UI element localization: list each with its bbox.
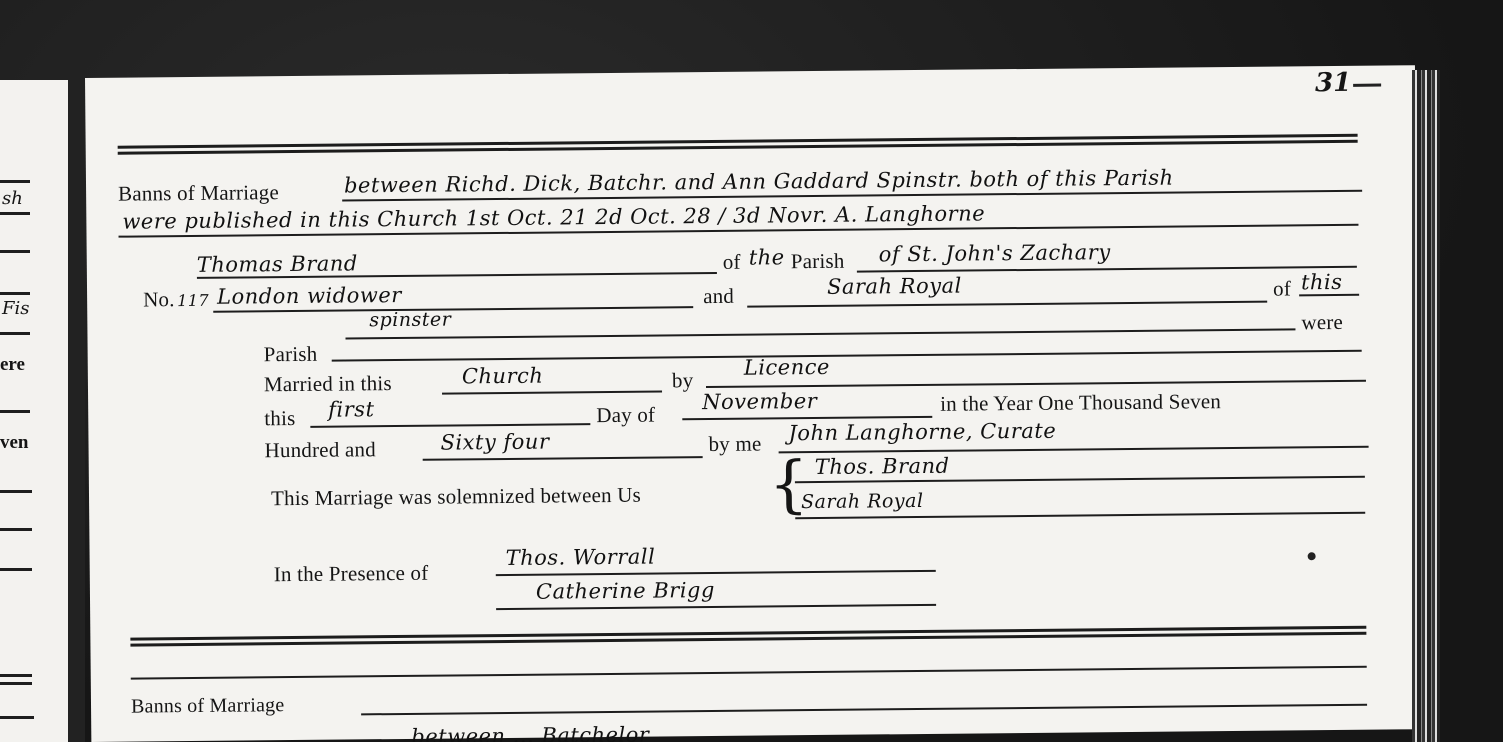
entry-rule bbox=[131, 666, 1367, 680]
officiant: John Langhorne, Curate bbox=[788, 419, 1056, 446]
by-me-label: by me bbox=[708, 432, 761, 458]
book-gutter bbox=[68, 80, 85, 742]
year-value: Sixty four bbox=[440, 430, 549, 455]
groom-parish-line bbox=[857, 266, 1357, 273]
witness-2-line bbox=[496, 604, 936, 610]
by-value: Licence bbox=[744, 355, 830, 380]
left-page-printed: ere bbox=[0, 354, 25, 376]
page-number: 31 bbox=[1315, 68, 1351, 98]
day-value: first bbox=[328, 397, 374, 421]
bride-of-line bbox=[1299, 294, 1359, 297]
bride-status-line bbox=[346, 328, 1296, 339]
witness-1-line bbox=[496, 570, 936, 576]
of-label-2: of bbox=[1273, 276, 1291, 301]
left-page-rule bbox=[0, 528, 32, 531]
parish-label: Parish bbox=[791, 249, 845, 275]
left-page-rule bbox=[0, 292, 30, 295]
solemnized-label: This Marriage was solemnized between Us bbox=[271, 483, 641, 512]
by-label: by bbox=[672, 368, 694, 393]
bride-of: this bbox=[1301, 270, 1343, 294]
bride-status: spinster bbox=[369, 308, 451, 331]
year-prefix-label: in the Year One Thousand Seven bbox=[940, 389, 1221, 417]
parish-label-2: Parish bbox=[264, 342, 318, 368]
bride-name-line bbox=[747, 301, 1267, 308]
by-line bbox=[706, 380, 1366, 388]
signature-bride: Sarah Royal bbox=[801, 490, 924, 513]
banns-label-2: Banns of Marriage bbox=[131, 694, 285, 718]
left-page-rule bbox=[0, 332, 30, 335]
married-in-value: Church bbox=[462, 364, 544, 389]
married-in-line bbox=[442, 390, 662, 394]
left-page-rule bbox=[0, 568, 32, 571]
left-page-rule bbox=[0, 682, 32, 685]
entry-separator-rule bbox=[118, 134, 1358, 155]
left-page-rule bbox=[0, 180, 30, 183]
groom-residence: London widower bbox=[217, 283, 402, 309]
witness-1: Thos. Worrall bbox=[506, 545, 656, 570]
register-page: 31 Banns of Marriage between Richd. Dick… bbox=[85, 65, 1421, 742]
banns-line-entry2 bbox=[361, 704, 1367, 716]
left-page-rule bbox=[0, 212, 30, 215]
were-label: were bbox=[1301, 310, 1343, 335]
parish-line bbox=[332, 350, 1362, 362]
entry-separator-rule bbox=[130, 626, 1366, 647]
left-page-rule bbox=[0, 674, 32, 677]
of-label: of bbox=[723, 250, 741, 275]
presence-label: In the Presence of bbox=[274, 561, 429, 587]
day-of-label: Day of bbox=[596, 403, 655, 429]
left-page-rule bbox=[0, 410, 30, 413]
year-line bbox=[423, 456, 703, 461]
and-label: and bbox=[703, 284, 734, 309]
left-page-rule bbox=[0, 716, 34, 719]
left-page-rule bbox=[0, 490, 32, 493]
this-label: this bbox=[264, 406, 295, 431]
left-page-handwriting: sh bbox=[2, 188, 23, 209]
entry-number: 117 bbox=[177, 291, 209, 310]
officiant-line bbox=[779, 446, 1369, 454]
hundred-and-label: Hundred and bbox=[264, 437, 376, 463]
witness-2: Catherine Brigg bbox=[536, 578, 715, 604]
groom-of: the bbox=[749, 245, 785, 269]
groom-parish: of St. John's Zachary bbox=[879, 240, 1111, 266]
left-page-printed: ven bbox=[0, 432, 29, 454]
signature-groom: Thos. Brand bbox=[815, 454, 950, 479]
ink-speck bbox=[1308, 552, 1316, 560]
left-page-rule bbox=[0, 250, 30, 253]
page-number-dash bbox=[1353, 84, 1381, 87]
left-page-handwriting: Fis bbox=[2, 298, 29, 319]
day-line bbox=[310, 423, 590, 428]
page-right-edge bbox=[1412, 70, 1440, 742]
married-in-label: Married in this bbox=[264, 371, 392, 397]
banns-text-entry2: between ... Batchelor bbox=[411, 723, 649, 742]
signature-bride-line bbox=[795, 512, 1365, 519]
adjacent-left-page: sh Fis ere ven bbox=[0, 80, 70, 742]
month-value: November bbox=[702, 389, 817, 414]
groom-name: Thomas Brand bbox=[197, 251, 358, 277]
entry-number-label: No. bbox=[143, 287, 175, 312]
bride-name: Sarah Royal bbox=[827, 274, 962, 299]
banns-label: Banns of Marriage bbox=[118, 180, 279, 207]
